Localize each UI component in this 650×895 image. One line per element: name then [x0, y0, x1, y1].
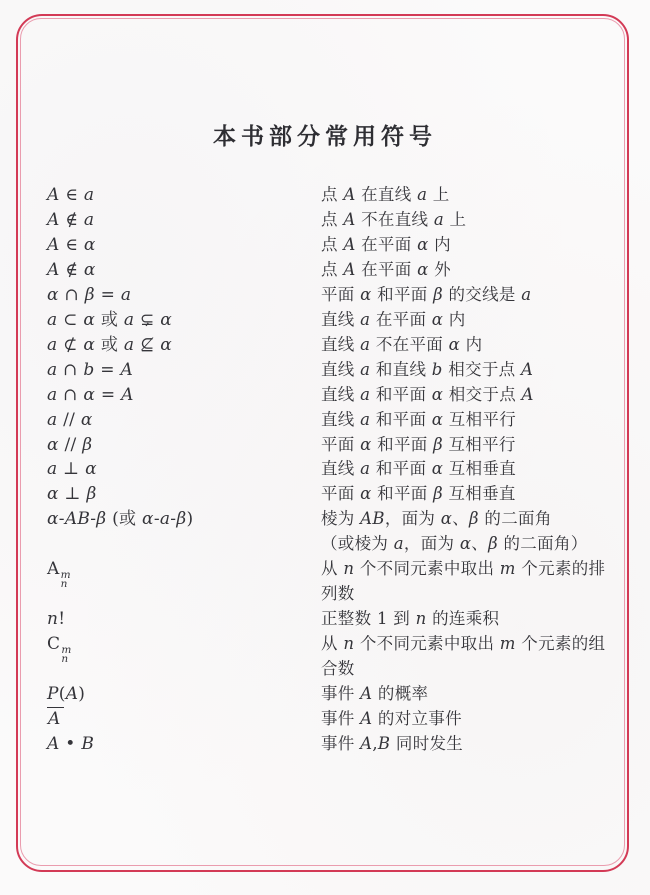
symbol-cell: α ⊥ β — [47, 482, 321, 507]
description-cell: 点 A 不在直线 a 上 — [321, 208, 613, 233]
symbol-cell: a ⊥ α — [47, 457, 321, 482]
table-row: α-AB-β (或 α-a-β) 棱为 AB，面为 α、β 的二面角 （或棱为 … — [47, 507, 613, 557]
page-title: 本书部分常用符号 — [0, 118, 650, 151]
symbol-cell: A ∉ α — [47, 258, 321, 283]
description-cell: 点 A 在平面 α 内 — [321, 233, 613, 258]
combination-symbol-base: C — [47, 634, 60, 654]
table-row: A 事件 A 的对立事件 — [47, 707, 613, 732]
description-cell: 平面 α 和平面 β 互相平行 — [321, 433, 613, 458]
symbol-cell: α-AB-β (或 α-a-β) — [47, 507, 321, 557]
permutation-symbol-base: A — [47, 559, 60, 579]
symbol-cell: a ⊂ α 或 a ⊊ α — [47, 308, 321, 333]
description-cell: 事件 A 的概率 — [321, 682, 613, 707]
symbol-cell: A — [47, 707, 321, 732]
table-row: a ∩ b = A 直线 a 和直线 b 相交于点 A — [47, 358, 613, 383]
description-cell: 直线 a 和平面 α 互相垂直 — [321, 457, 613, 482]
symbol-cell: n! — [47, 607, 321, 632]
description-cell: 平面 α 和平面 β 的交线是 a — [321, 283, 613, 308]
description-cell: 直线 a 在平面 α 内 — [321, 308, 613, 333]
description-cell: 点 A 在平面 α 外 — [321, 258, 613, 283]
table-row: P(A) 事件 A 的概率 — [47, 682, 613, 707]
description-cell: 事件 A,B 同时发生 — [321, 732, 613, 757]
combination-symbol-scripts: mn — [61, 646, 71, 664]
symbol-cell: a // α — [47, 408, 321, 433]
table-row: A ∈ α 点 A 在平面 α 内 — [47, 233, 613, 258]
table-row: α // β 平面 α 和平面 β 互相平行 — [47, 433, 613, 458]
description-cell: 点 A 在直线 a 上 — [321, 183, 613, 208]
symbol-cell: A ∈ a — [47, 183, 321, 208]
description-cell: 事件 A 的对立事件 — [321, 707, 613, 732]
description-cell: 直线 a 和平面 α 互相平行 — [321, 408, 613, 433]
description-cell: 平面 α 和平面 β 互相垂直 — [321, 482, 613, 507]
table-row: a ∩ α = A 直线 a 和平面 α 相交于点 A — [47, 383, 613, 408]
description-cell: 从 n 个不同元素中取出 m 个元素的组合数 — [321, 632, 613, 682]
table-row: A ∈ a 点 A 在直线 a 上 — [47, 183, 613, 208]
symbols-table: A ∈ a 点 A 在直线 a 上 A ∉ a 点 A 不在直线 a 上 A ∈… — [47, 183, 613, 757]
table-row: a // α 直线 a 和平面 α 互相平行 — [47, 408, 613, 433]
table-row: α ∩ β = a 平面 α 和平面 β 的交线是 a — [47, 283, 613, 308]
table-row: a ⊄ α 或 a ⊈ α 直线 a 不在平面 α 内 — [47, 333, 613, 358]
table-row: n! 正整数 1 到 n 的连乘积 — [47, 607, 613, 632]
table-row: A • B 事件 A,B 同时发生 — [47, 732, 613, 757]
symbol-cell: a ∩ b = A — [47, 358, 321, 383]
description-cell: 棱为 AB，面为 α、β 的二面角 （或棱为 a，面为 α、β 的二面角） — [321, 507, 613, 557]
symbol-cell: Cmn — [47, 632, 321, 682]
symbol-cell: A • B — [47, 732, 321, 757]
table-row: A ∉ a 点 A 不在直线 a 上 — [47, 208, 613, 233]
symbol-cell: Amn — [47, 557, 321, 607]
description-cell: 直线 a 和平面 α 相交于点 A — [321, 383, 613, 408]
description-cell: 正整数 1 到 n 的连乘积 — [321, 607, 613, 632]
symbol-cell: α ∩ β = a — [47, 283, 321, 308]
symbol-cell: A ∉ a — [47, 208, 321, 233]
symbol-cell: a ⊄ α 或 a ⊈ α — [47, 333, 321, 358]
table-row: a ⊥ α 直线 a 和平面 α 互相垂直 — [47, 457, 613, 482]
complement-event-symbol: A — [47, 707, 64, 729]
table-row: A ∉ α 点 A 在平面 α 外 — [47, 258, 613, 283]
symbol-cell: α // β — [47, 433, 321, 458]
description-cell: 直线 a 和直线 b 相交于点 A — [321, 358, 613, 383]
table-row: α ⊥ β 平面 α 和平面 β 互相垂直 — [47, 482, 613, 507]
table-row: a ⊂ α 或 a ⊊ α 直线 a 在平面 α 内 — [47, 308, 613, 333]
description-cell: 从 n 个不同元素中取出 m 个元素的排列数 — [321, 557, 613, 607]
symbol-cell: A ∈ α — [47, 233, 321, 258]
description-cell: 直线 a 不在平面 α 内 — [321, 333, 613, 358]
permutation-symbol-scripts: mn — [61, 571, 71, 589]
table-row: Cmn 从 n 个不同元素中取出 m 个元素的组合数 — [47, 632, 613, 682]
table-row: Amn 从 n 个不同元素中取出 m 个元素的排列数 — [47, 557, 613, 607]
symbol-cell: P(A) — [47, 682, 321, 707]
symbol-cell: a ∩ α = A — [47, 383, 321, 408]
